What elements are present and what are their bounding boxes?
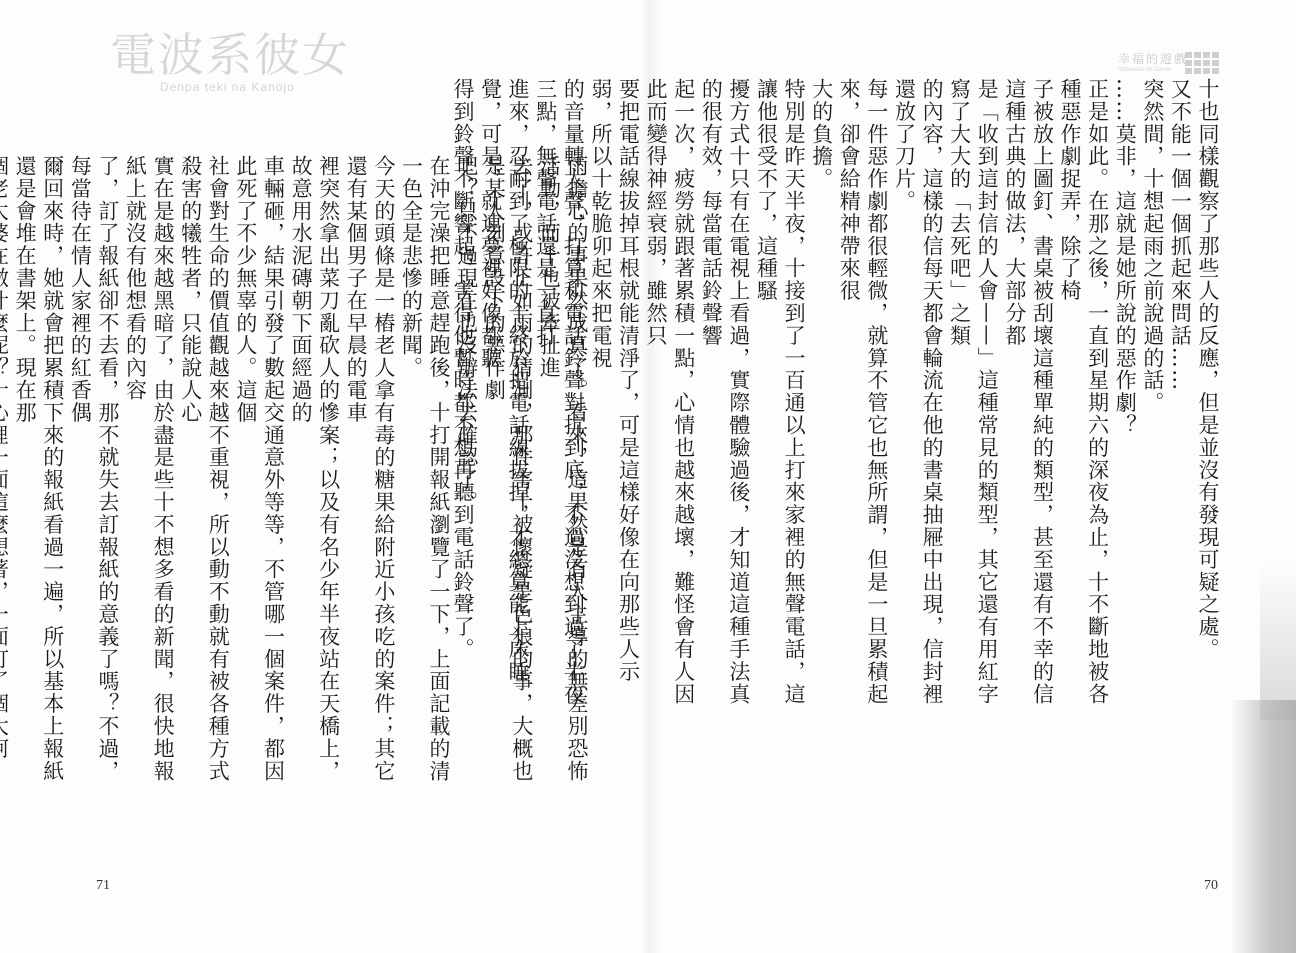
text-column: 十也同樣觀察了那些人的反應，但是並沒有發現可疑之處。 [1193,78,1221,718]
text-column: 擾方式十只有在電視上看過，實際體驗過後，才知道這種手法真的很有效，每當電話鈴聲響 [697,78,752,718]
text-column: 是「收到這封信的人會——」這種常見的類型，其它還有用紅字寫了大大的「去死吧」之類 [945,78,1000,718]
text-column: 車輛砸，結果引發了數起交通意外等等，不管哪一個案件，都因此死了不少無辜的人。這個 [231,155,286,795]
text-column: 吧？只不過現在也沒辦法去確認了。 [452,155,480,795]
text-column: 裡突然拿出菜刀亂砍人的慘案；以及有名少年半夜站在天橋上，故意用水泥磚朝下面經過的 [286,155,341,795]
chapter-decoration-icon [1185,52,1219,74]
text-column: 社會對生命的價值觀越來越不重視，所以動不動就有被各種方式殺害的犧牲者，只能說人心 [176,155,231,795]
text-column: 今天的頭條是一樁老人拿有毒的糖果給附近小孩吃的案件；其它還有某個男子在早晨的電車 [342,155,397,795]
series-logo: 電波系彼女 Denpa teki na Kanojo [110,30,350,94]
chapter-header: 幸福的遊戲 Shiawase no Game [1118,50,1188,73]
background-illustration [1260,560,1296,720]
text-column: 起一次，疲勞就跟著累積一點，心情也越來越壞，難怪會有人因此而變得神經衰弱，雖然只 [642,78,697,718]
left-page-text: 雨擔心的事果然成真了。看來，這果然是有人主導的無差別恐怖活動，而十也被牽扯進 去… [92,155,590,795]
background-illustration [1230,700,1296,953]
series-title: 電波系彼女 [110,30,350,80]
text-column: 個老太婆在做什麼呢？十心裡一面這麼想著，一面打了個大呵欠，然後他突然想起了昨晚拔 [0,155,11,795]
chapter-subtitle: Shiawase no Game [1118,67,1188,73]
text-column: 突然間，十想起雨之前說過的話。 [1138,78,1166,718]
book-spread: 電波系彼女 Denpa teki na Kanojo 幸福的遊戲 Shiawas… [0,0,1296,953]
text-column: 大的負擔。 [807,78,835,718]
text-column: 要把電話線拔掉耳根就能清淨了，可是這樣好像在向那些人示弱，所以十乾脆卯起來把電視 [586,78,641,718]
text-column: 雨擔心的事果然成真了。看來，這果然是有人主導的無差別恐怖活動，而十也被牽扯進 [535,155,590,795]
text-column: 每一件惡作劇都很輕微，就算不管它也無所謂，但是一旦累積起來，卻會給精神帶來很 [835,78,890,718]
text-column: 去了，或許正如雨的猜測，那件害十被懷疑是色狼的事，大概也是某人刻意設下的惡作劇 [480,155,535,795]
right-page-text: 十也同樣觀察了那些人的反應，但是並沒有發現可疑之處。 又不能一個一個抓起來問話…… [735,78,1221,718]
text-column: 實在是越來越黑暗了，由於盡是些十不想多看的新聞，很快地報紙上就沒有他想看的內容 [121,155,176,795]
text-column: ……莫非，這就是她所說的惡作劇？ [1111,78,1139,718]
text-column: 正是如此。在那之後，一直到星期六的深夜為止，十不斷地被各種惡作劇捉弄，除了椅 [1055,78,1110,718]
text-column: 爾回來時，她就會把累積下來的報紙看過一遍，所以基本上報紙還是會堆在書架上。現在那 [11,155,66,795]
page-number-right: 70 [1204,878,1218,894]
text-column: 的內容，這樣的信每天都會輪流在他的書桌抽屜中出現，信封裡還放了刀片。 [890,78,945,718]
text-column: 特別是昨天半夜，十接到了一百通以上打來家裡的無聲電話，這讓他很受不了，這種騷 [752,78,807,718]
series-subtitle: Denpa teki na Kanojo [160,80,350,94]
chapter-title: 幸福的遊戲 [1118,50,1188,67]
text-column: 又不能一個一個抓起來問話…… [1166,78,1194,718]
text-column: 在沖完澡把睡意趕跑後，十打開報紙瀏覽了一下，上面記載的清一色全是悲慘的新聞。 [397,155,452,795]
page-number-left: 71 [96,878,110,894]
text-column: 了，訂了報紙卻不去看，那不就失去訂報紙的意義了嗎？不過，每當待在情人家裡的紅香偶 [66,155,121,795]
text-column: 子被放上圖釘、書桌被刮壞這種單純的類型，甚至還有不幸的信這種古典的做法，大部分都 [1000,78,1055,718]
